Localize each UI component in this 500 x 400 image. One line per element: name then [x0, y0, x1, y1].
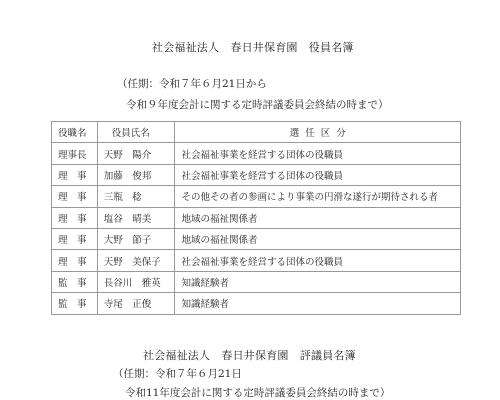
table-row: 理 事 大野 節子 地域の福祉関係者: [52, 228, 461, 249]
officers-term-line1: （任期：令和７年６月21日から: [117, 76, 267, 91]
table-row: 理事長 天野 陽介 社会福祉事業を経営する団体の役職員: [52, 143, 461, 164]
cell-position: 理 事: [52, 250, 98, 271]
cell-position: 監 事: [52, 293, 98, 314]
cell-position: 理事長: [52, 143, 98, 164]
councilors-title: 社会福祉法人 春日井保育園 評議員名簿: [143, 347, 356, 363]
cell-position: 理 事: [52, 186, 98, 207]
cell-name: 加藤 俊邦: [97, 164, 175, 185]
cell-position: 理 事: [52, 207, 98, 228]
officers-term-line2: 令和９年度会計に関する定時評議委員会終結の時まで）: [126, 97, 389, 112]
header-name: 役員氏名: [97, 122, 175, 143]
cell-position: 理 事: [52, 164, 98, 185]
cell-position: 監 事: [52, 271, 98, 292]
cell-category: 社会福祉事業を経営する団体の役職員: [175, 250, 461, 271]
cell-category: 地域の福祉関係者: [175, 228, 461, 249]
cell-category: その他その者の参画により事業の円滑な遂行が期待される者: [175, 186, 461, 207]
cell-category: 知識経験者: [175, 293, 461, 314]
table-row: 監 事 寺尾 正俊 知識経験者: [52, 293, 461, 314]
table-row: 理 事 天野 美保子 社会福祉事業を経営する団体の役職員: [52, 250, 461, 271]
cell-name: 天野 陽介: [97, 143, 175, 164]
cell-name: 塩谷 晴美: [97, 207, 175, 228]
table-row: 理 事 三瓶 稔 その他その者の参画により事業の円滑な遂行が期待される者: [52, 186, 461, 207]
cell-category: 地域の福祉関係者: [175, 207, 461, 228]
cell-name: 長谷川 雅英: [97, 271, 175, 292]
councilors-term-line1: （任期：令和７年６月21日: [113, 366, 242, 381]
officers-table: 役職名 役員氏名 選任区分 理事長 天野 陽介 社会福祉事業を経営する団体の役職…: [51, 121, 461, 315]
cell-category: 社会福祉事業を経営する団体の役職員: [175, 164, 461, 185]
table-header-row: 役職名 役員氏名 選任区分: [52, 122, 461, 143]
councilors-term-line2: 令和11年度会計に関する定時評議委員会終結の時まで）: [125, 385, 390, 400]
table-row: 監 事 長谷川 雅英 知識経験者: [52, 271, 461, 292]
cell-category: 社会福祉事業を経営する団体の役職員: [175, 143, 461, 164]
header-category: 選任区分: [175, 122, 461, 143]
cell-name: 天野 美保子: [97, 250, 175, 271]
cell-category: 知識経験者: [175, 271, 461, 292]
cell-name: 三瓶 稔: [97, 186, 175, 207]
cell-name: 大野 節子: [97, 228, 175, 249]
table-row: 理 事 加藤 俊邦 社会福祉事業を経営する団体の役職員: [52, 164, 461, 185]
officers-title: 社会福祉法人 春日井保育園 役員名簿: [152, 39, 354, 55]
cell-name: 寺尾 正俊: [97, 293, 175, 314]
header-position: 役職名: [52, 122, 98, 143]
table-row: 理 事 塩谷 晴美 地域の福祉関係者: [52, 207, 461, 228]
cell-position: 理 事: [52, 228, 98, 249]
